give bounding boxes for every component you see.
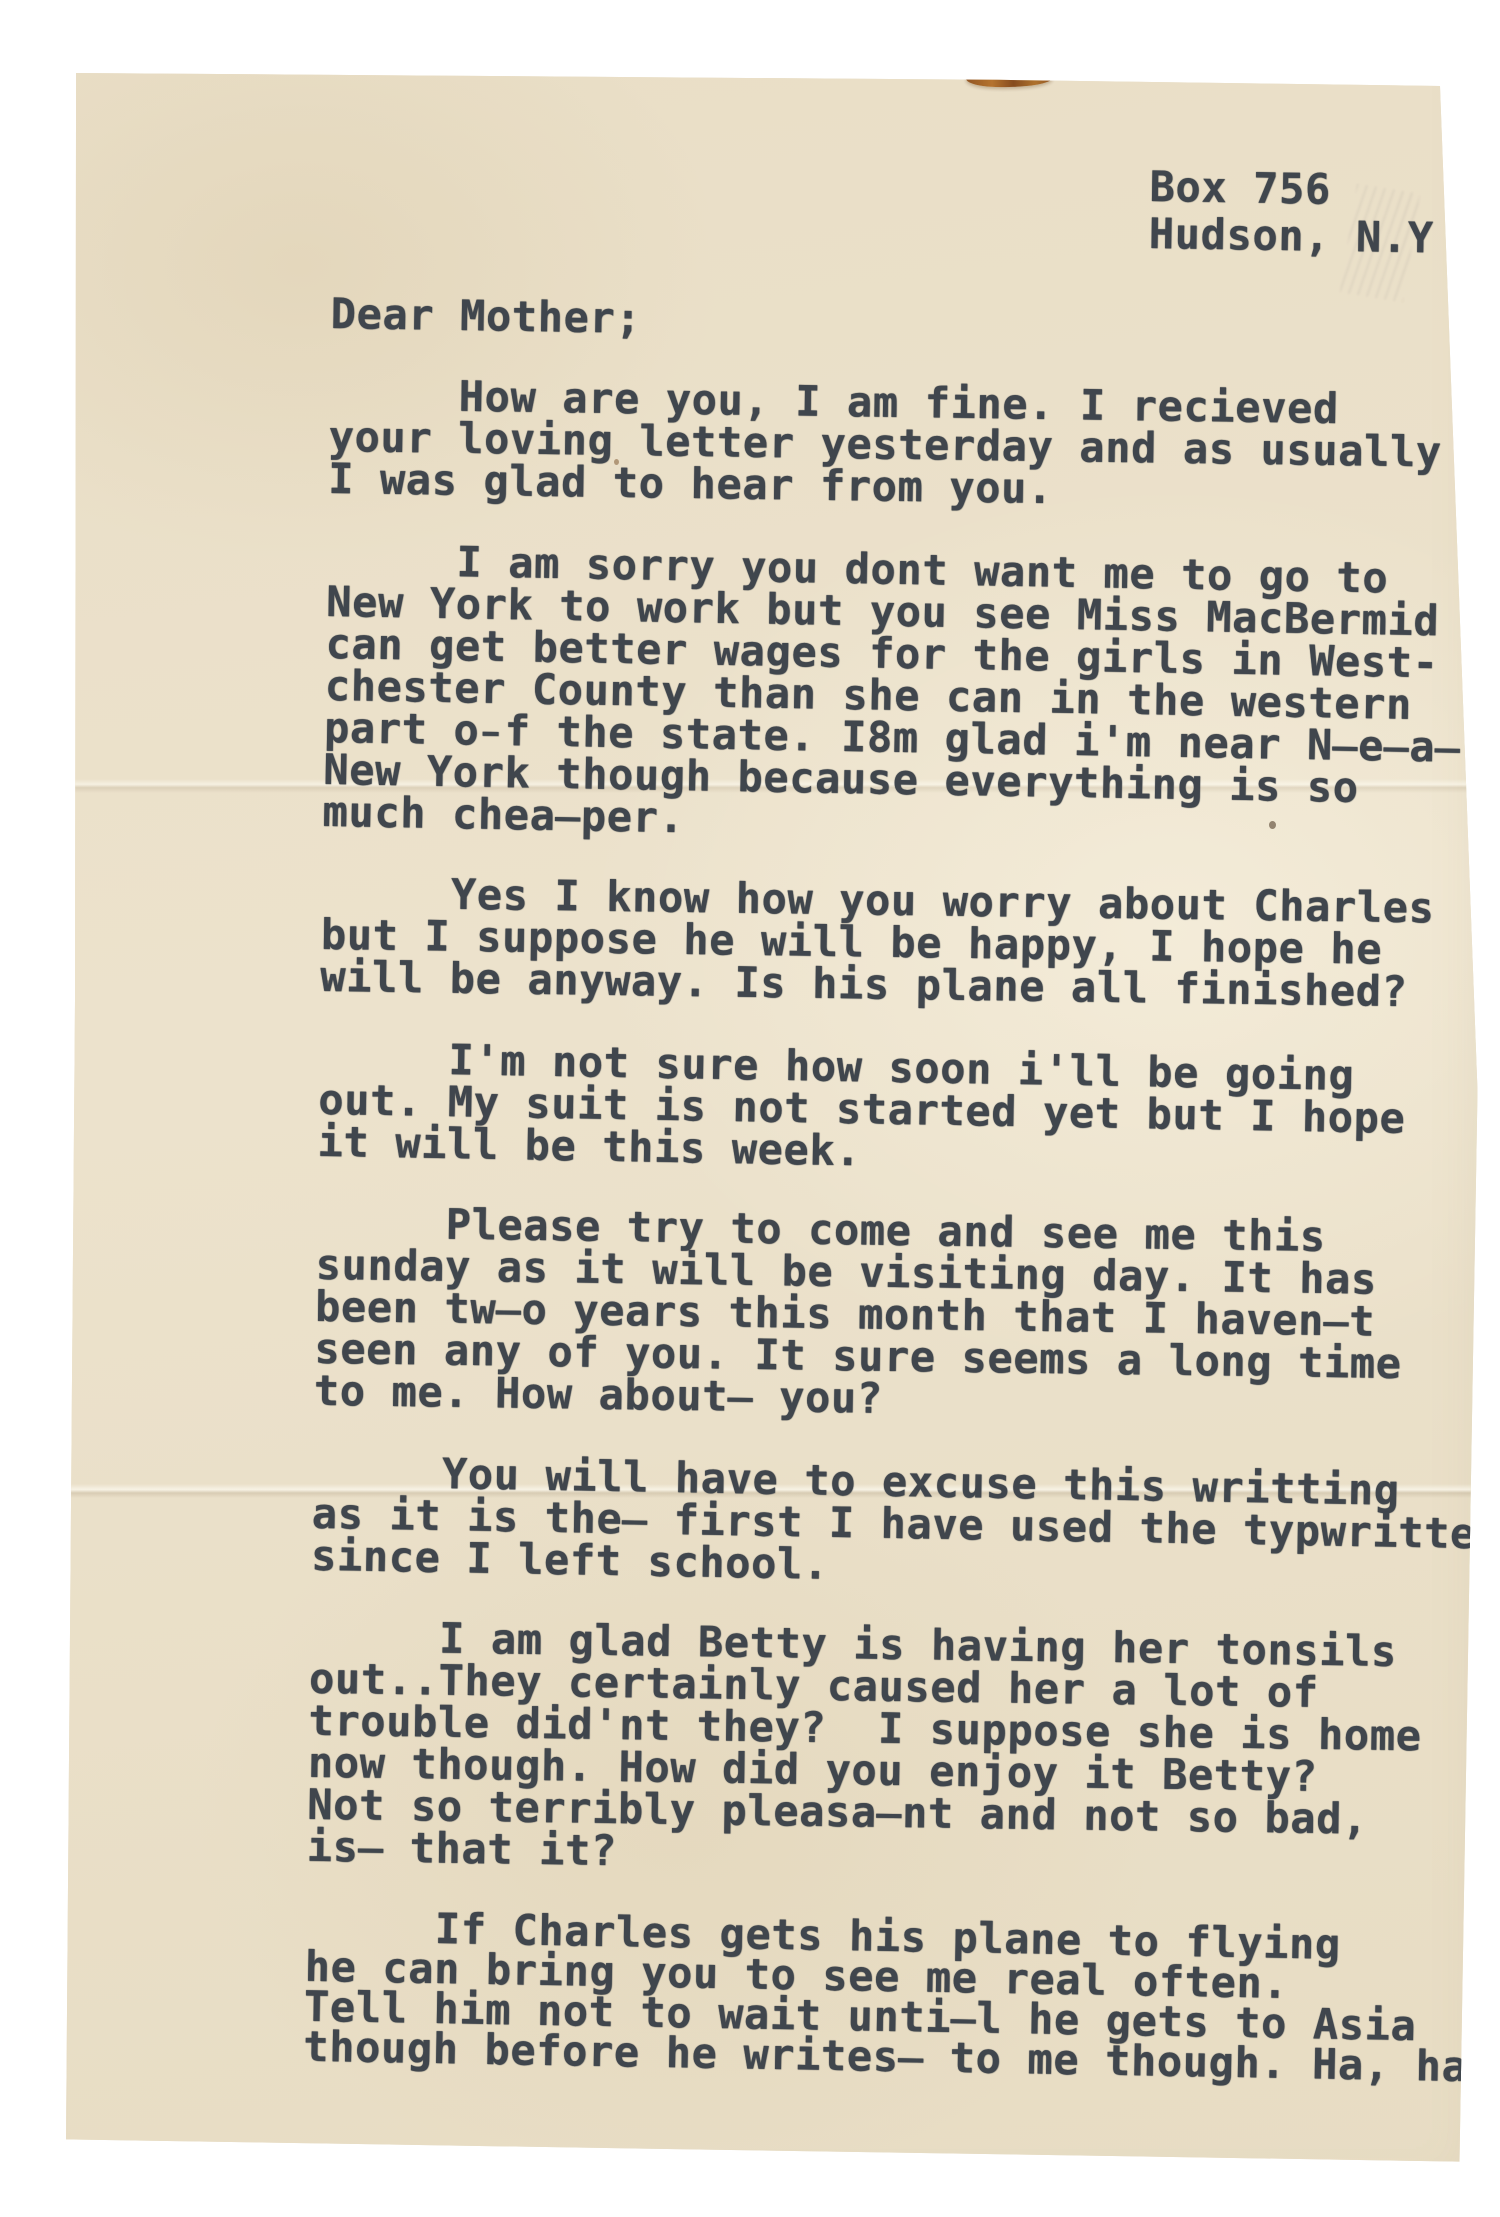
paragraph: How are you, I am fine. I recieved your … (328, 374, 1500, 517)
salutation: Dear Mother; (330, 293, 1500, 354)
return-address: Box 756 Hudson, N.Y (1149, 163, 1435, 261)
tape-residue-stain (966, 65, 1053, 88)
return-address-line: Box 756 (1149, 163, 1434, 214)
letter-body: Dear Mother; How are you, I am fine. I r… (303, 293, 1500, 2086)
return-address-line: Hudson, N.Y (1149, 210, 1434, 261)
paragraph: If Charles gets his plane to flying he c… (303, 1907, 1500, 2088)
scan-background: Box 756 Hudson, N.Y Dear Mother; How are… (0, 0, 1500, 2217)
letter-paper: Box 756 Hudson, N.Y Dear Mother; How are… (0, 0, 1500, 2217)
paragraph: Please try to come and see me this sunda… (314, 1202, 1500, 1429)
paragraph: I am glad Betty is having her tonsils ou… (306, 1616, 1500, 1885)
paragraph: You will have to excuse this writting as… (311, 1451, 1500, 1598)
paragraph: I'm not sure how soon i'll be going out.… (317, 1037, 1500, 1184)
paragraph: I am sorry you dont want me to go to New… (322, 539, 1500, 854)
paragraph: Yes I know how you worry about Charles b… (320, 872, 1500, 1015)
